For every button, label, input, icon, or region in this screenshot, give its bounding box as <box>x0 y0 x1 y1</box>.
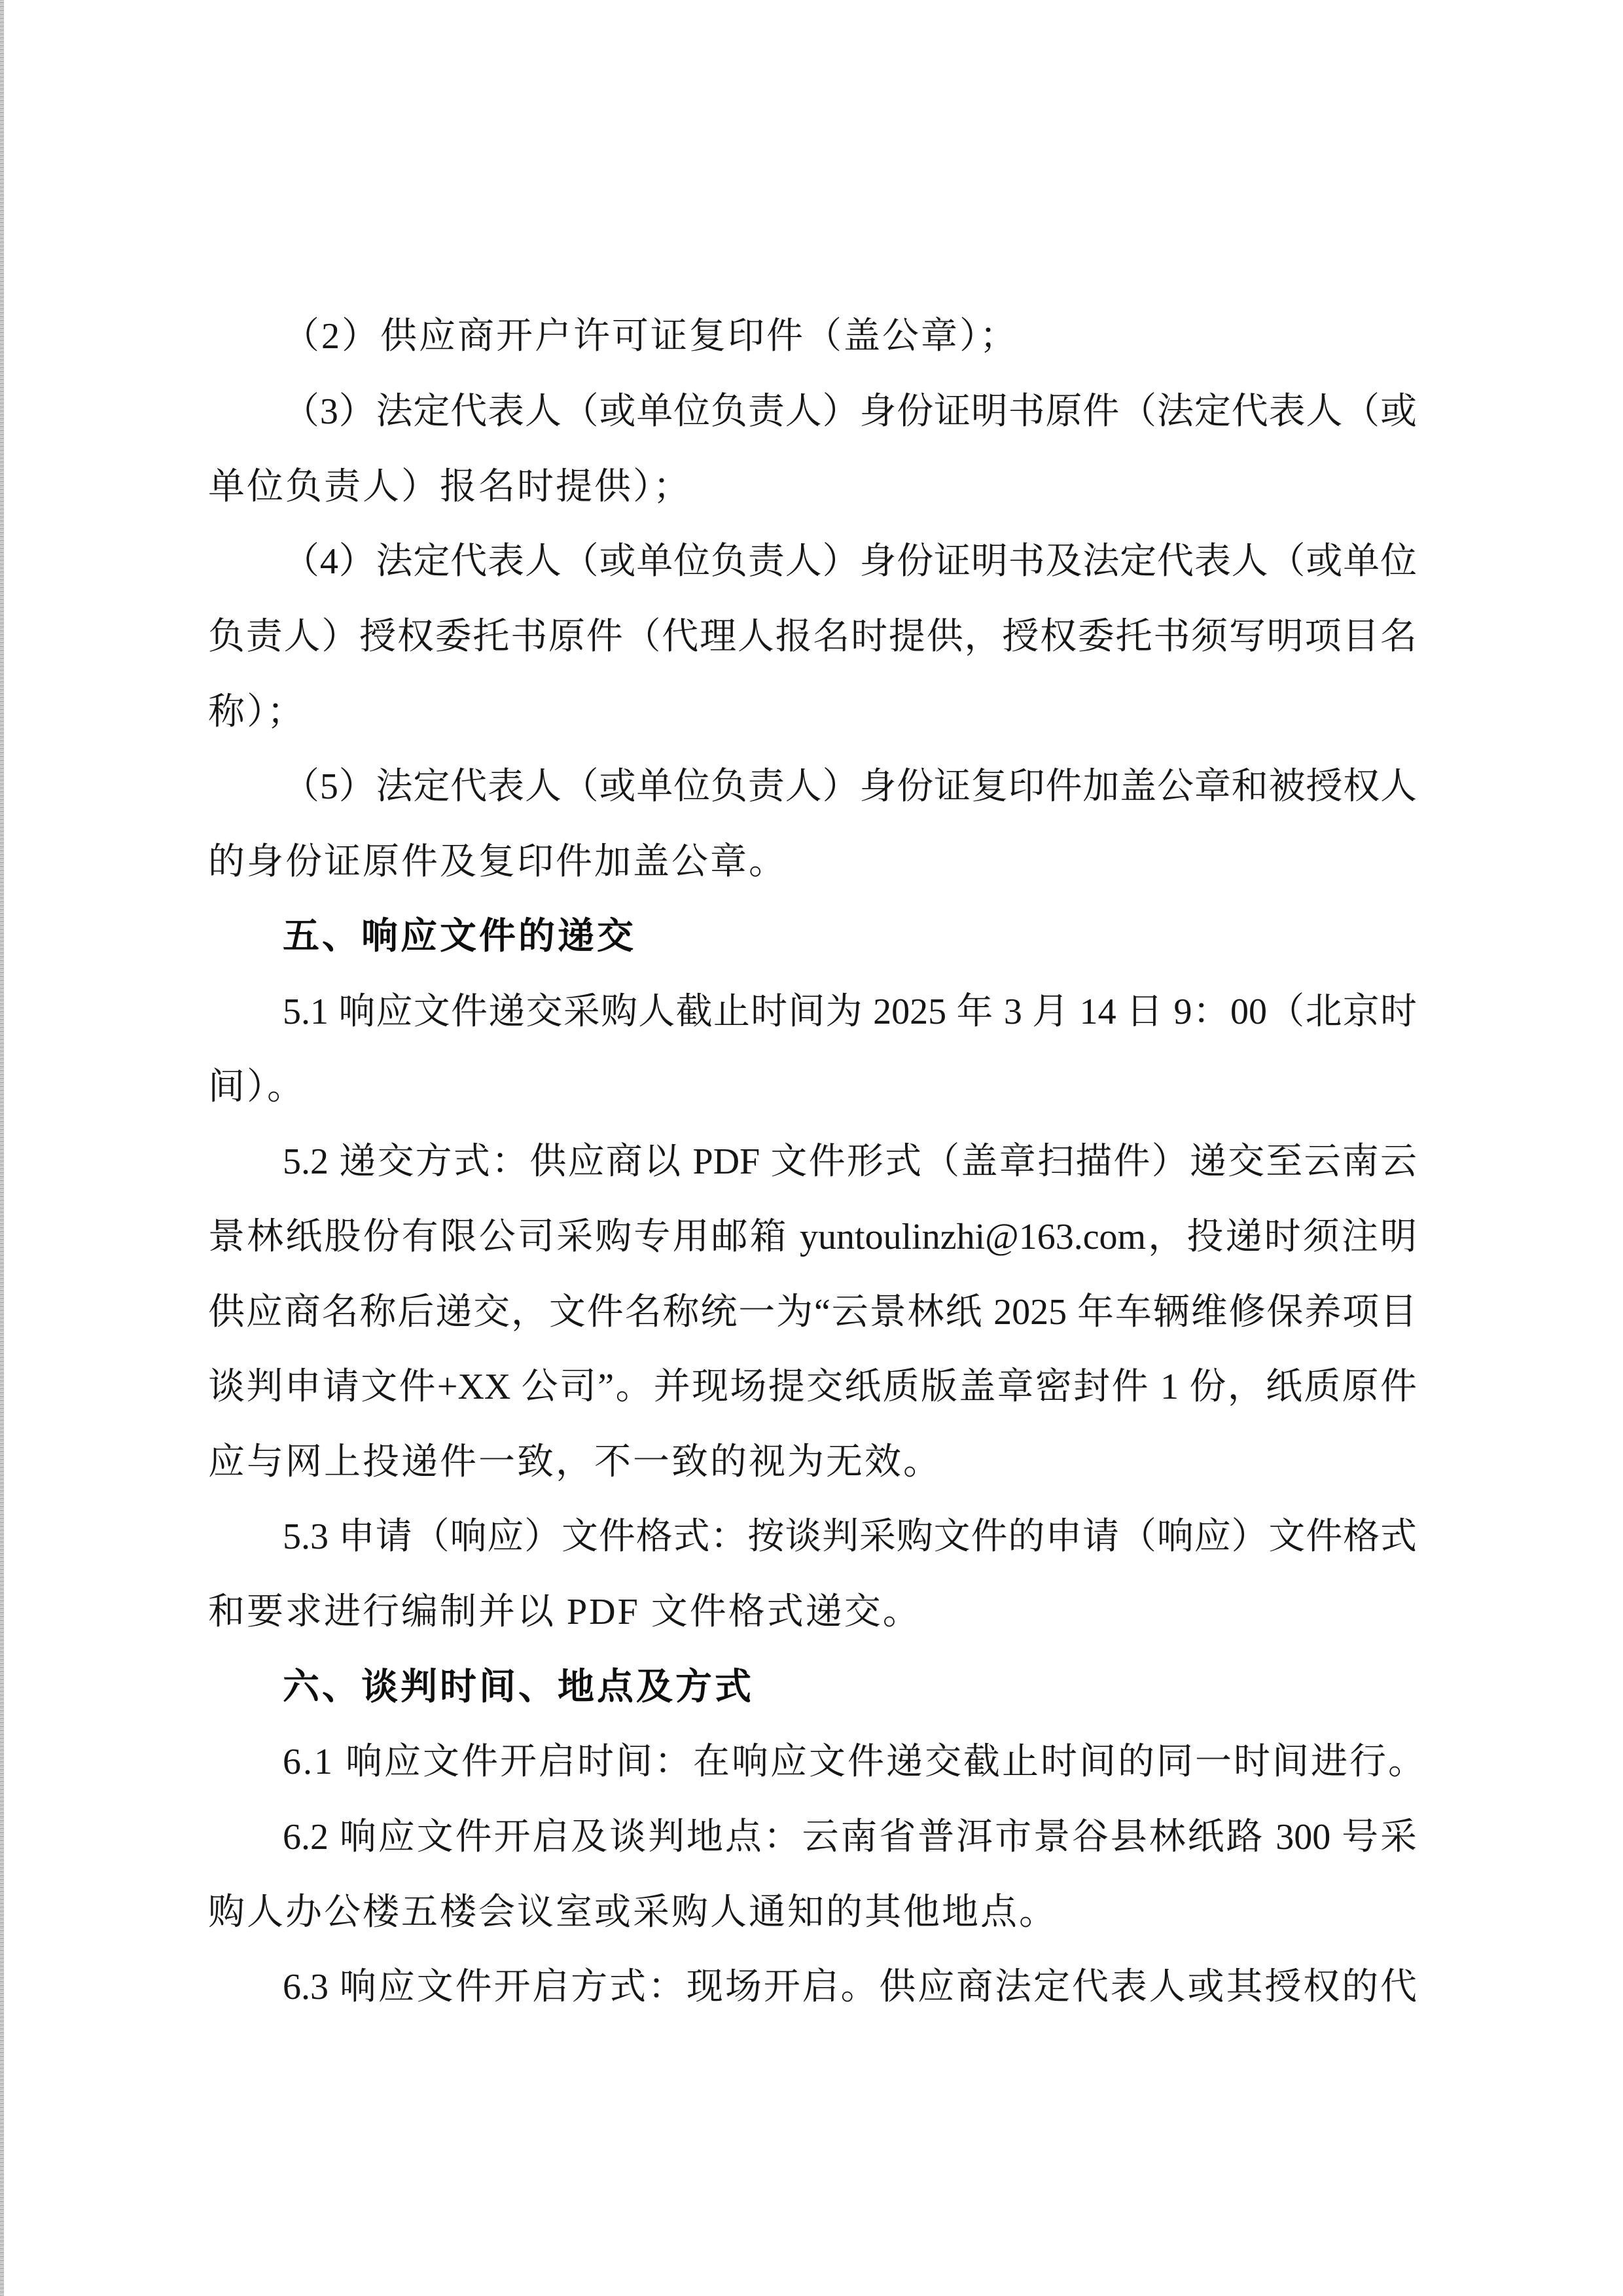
clause-5-1-continuation: 间）。 <box>208 1064 1417 1110</box>
clause-5-2-filename-line: 供应商名称后递交，文件名称统一为“云景林纸 2025 年车辆维修保养项目 <box>208 1289 1417 1335</box>
clause-5-3-format: 5.3 申请（响应）文件格式：按谈判采购文件的申请（响应）文件格式 <box>283 1514 1417 1560</box>
item-4-continuation-2: 称）； <box>208 689 1417 735</box>
item-3-legal-rep-certificate: （3）法定代表人（或单位负责人）身份证明书原件（法定代表人（或 <box>283 389 1417 435</box>
clause-5-2-paper-copy-line: 谈判申请文件+XX 公司”。并现场提交纸质版盖章密封件 1 份，纸质原件 <box>208 1364 1417 1410</box>
item-5-continuation: 的身份证原件及复印件加盖公章。 <box>208 839 1417 885</box>
document-page: （2）供应商开户许可证复印件（盖公章）； （3）法定代表人（或单位负责人）身份证… <box>0 0 1623 2296</box>
item-4-continuation-1: 负责人）授权委托书原件（代理人报名时提供，授权委托书须写明项目名 <box>208 614 1417 660</box>
clause-6-3-opening-method: 6.3 响应文件开启方式：现场开启。供应商法定代表人或其授权的代 <box>283 1964 1417 2010</box>
section-5-heading: 五、响应文件的递交 <box>283 914 1417 960</box>
clause-6-2-location: 6.2 响应文件开启及谈判地点：云南省普洱市景谷县林纸路 300 号采 <box>283 1814 1417 1860</box>
clause-6-1-opening-time: 6.1 响应文件开启时间：在响应文件递交截止时间的同一时间进行。 <box>283 1739 1417 1785</box>
clause-5-1-deadline: 5.1 响应文件递交采购人截止时间为 2025 年 3 月 14 日 9：00（… <box>283 989 1417 1035</box>
item-4-authorization-letter: （4）法定代表人（或单位负责人）身份证明书及法定代表人（或单位 <box>283 539 1417 584</box>
clause-5-2-email-line: 景林纸股份有限公司采购专用邮箱 yuntoulinzhi@163.com，投递时… <box>208 1214 1417 1260</box>
clause-6-2-continuation: 购人办公楼五楼会议室或采购人通知的其他地点。 <box>208 1890 1417 1935</box>
clause-5-3-continuation: 和要求进行编制并以 PDF 文件格式递交。 <box>208 1589 1417 1635</box>
scan-edge-border <box>0 0 4 2296</box>
item-2-business-license: （2）供应商开户许可证复印件（盖公章）； <box>283 314 1417 359</box>
item-5-id-copies: （5）法定代表人（或单位负责人）身份证复印件加盖公章和被授权人 <box>283 764 1417 810</box>
clause-5-2-submission-method: 5.2 递交方式：供应商以 PDF 文件形式（盖章扫描件）递交至云南云 <box>283 1139 1417 1185</box>
section-6-heading: 六、谈判时间、地点及方式 <box>283 1664 1417 1710</box>
item-3-continuation: 单位负责人）报名时提供）； <box>208 464 1417 510</box>
clause-5-2-continuation: 应与网上投递件一致，不一致的视为无效。 <box>208 1439 1417 1485</box>
